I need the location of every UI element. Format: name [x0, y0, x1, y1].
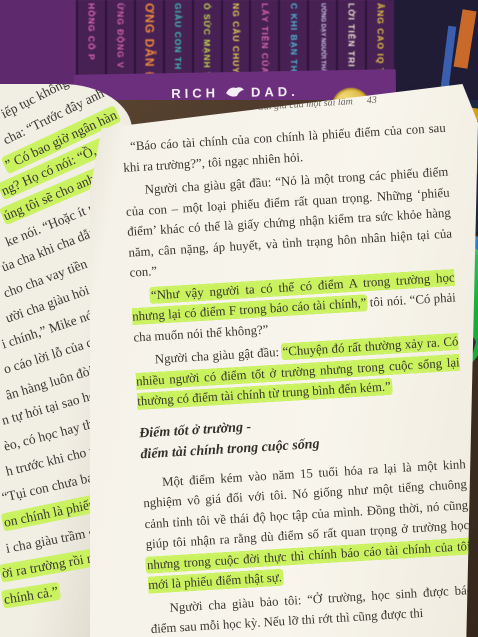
body-paragraph: Một điểm kém vào năm 15 tuổi hóa ra lại …	[142, 454, 473, 596]
paragraph-text: Một điểm kém vào năm 15 tuổi hóa ra lại …	[143, 457, 470, 552]
brand-text-dad: DAD.	[251, 83, 299, 99]
body-paragraph: Người cha giàu gật đầu: “Nó là một trong…	[124, 162, 454, 284]
book-spine-title: ƯỜNG DẠY NGƯỜI THẮNG	[320, 3, 326, 76]
book-spine: ÂNG CAO IQ TÀI CHÍNH	[365, 0, 394, 76]
book-spine: ƠNG DẪN Đ	[134, 0, 163, 76]
book-spine: LỜI TIÊN TRI NGƯỜI CHA	[336, 0, 365, 76]
book-spine-title: ƠNG DẪN Đ	[142, 3, 156, 76]
book-spine-title: C KHI BẠN TH	[289, 3, 299, 76]
book-spine: LẤY TIỀN CỦA	[249, 0, 278, 76]
book-spine-title: LẤY TIỀN CỦA	[260, 3, 270, 76]
brand-text-rich: RICH	[171, 85, 219, 101]
book-spine: HỒNG CỔ P	[76, 0, 105, 76]
body-content: “Báo cáo tài chính của con chính là phiế…	[122, 118, 475, 637]
highlighted-text: chính cả.”	[3, 583, 59, 606]
right-book-page: Cái giá của một sai lầm 43 “Báo cáo tài …	[90, 84, 478, 637]
book-spine-title: HỒNG CỔ P	[86, 3, 96, 76]
page-number: 43	[366, 95, 377, 107]
book-photo-scene: HỒNG CỔ PỪNG ĐỘNG VƠNG DẪN ĐGIÀU CON THÓ…	[0, 0, 478, 637]
book-spine-title: ỪNG ĐỘNG V	[115, 3, 125, 76]
page-content: Cái giá của một sai lầm 43 “Báo cáo tài …	[120, 91, 475, 637]
dove-icon	[225, 85, 245, 99]
book-spine: NG CÂU CHUYỆN THÀNH CÔNG	[221, 0, 250, 76]
book-spine: ƯỜNG DẠY NGƯỜI THẮNG	[307, 0, 336, 76]
book-spine-title: ÂNG CAO IQ TÀI CHÍNH	[376, 3, 386, 76]
book-spine-title: GIÀU CON TH	[173, 3, 183, 76]
orange-book-spine	[454, 9, 477, 68]
book-spine: GIÀU CON TH	[163, 0, 192, 76]
book-spines: HỒNG CỔ PỪNG ĐỘNG VƠNG DẪN ĐGIÀU CON THÓ…	[76, 0, 394, 76]
book-spine: Ó SỨC MẠNH V	[192, 0, 221, 76]
book-spine-title: NG CÂU CHUYỆN THÀNH CÔNG	[231, 3, 241, 76]
book-spine-title: Ó SỨC MẠNH V	[202, 3, 212, 76]
book-spine: C KHI BẠN TH	[278, 0, 307, 76]
paragraph-text: Người cha giàu gật đầu:	[154, 345, 283, 367]
book-spine-title: LỜI TIÊN TRI NGƯỜI CHA	[347, 3, 357, 76]
paragraph-text: Người cha giàu gật đầu: “Nó là một trong…	[126, 165, 453, 280]
book-spine: ỪNG ĐỘNG V	[105, 0, 134, 76]
highlighted-text: “Chuyện đó rất thường xảy ra. Có nhiều n…	[136, 334, 460, 408]
